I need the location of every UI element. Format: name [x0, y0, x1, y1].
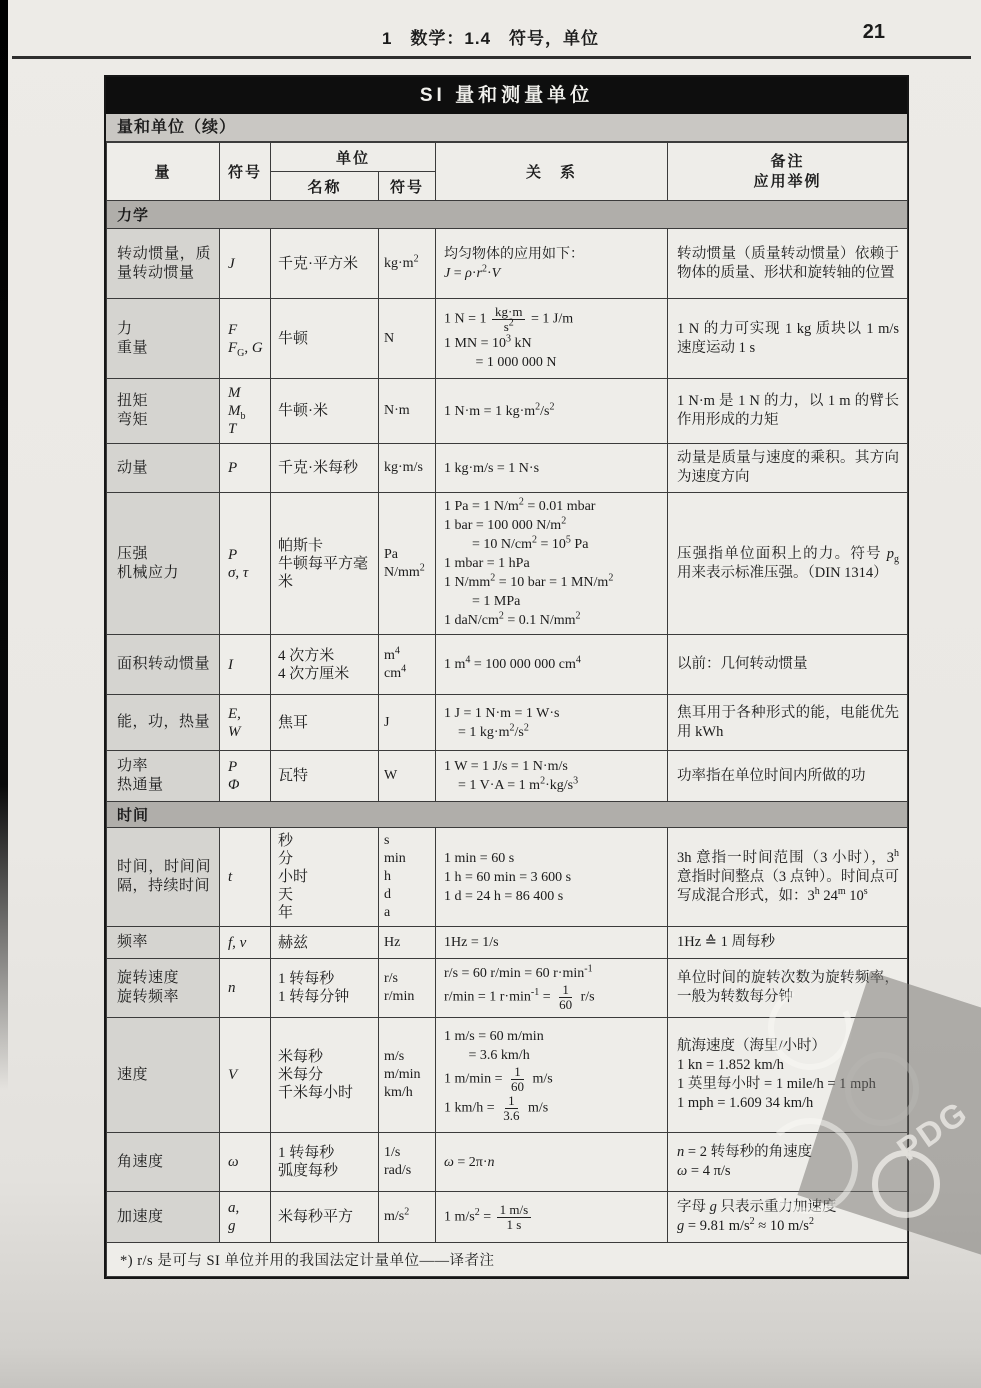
symbol-cell: n [220, 959, 271, 1018]
cell-line: 1/s [384, 1144, 433, 1162]
cell-line: n = 2 转每秒的角速度 [677, 1143, 899, 1162]
cell-line: 牛顿·米 [278, 402, 374, 420]
symbol-cell: a,g [220, 1192, 271, 1243]
cell-line: h [384, 868, 433, 886]
cell-line: 转动惯量，质量转动惯量 [117, 245, 211, 283]
table-row: 角速度ω1 转每秒弧度每秒1/srad/sω = 2π·nn = 2 转每秒的角… [107, 1133, 908, 1192]
col-header-symbol: 符号 [220, 143, 271, 201]
quantity-cell: 加速度 [107, 1192, 220, 1243]
relation-cell: 1Hz = 1/s [436, 927, 668, 959]
note-cell: 功率指在单位时间内所做的功 [668, 751, 908, 802]
symbol-cell: FFG, G [220, 299, 271, 379]
note-cell: 1Hz ≙ 1 周每秒 [668, 927, 908, 959]
cell-line: rad/s [384, 1162, 433, 1180]
table-row: 时间，时间间隔，持续时间t秒分小时天年sminhda1 min = 60 s1 … [107, 828, 908, 927]
cell-line: 字母 g 只表示重力加速度 [677, 1198, 899, 1217]
page-header: 1 数学：1.4 符号，单位 21 [0, 24, 981, 54]
cell-line: 1 N·m = 1 kg·m2/s2 [444, 402, 663, 421]
unit-symbol-cell: kg·m2 [379, 229, 436, 299]
cell-line: m4 [384, 647, 433, 665]
cell-line: 扭矩 [117, 392, 211, 411]
cell-line: = 1 V·A = 1 m2·kg/s3 [444, 776, 663, 795]
unit-symbol-cell: m4cm4 [379, 635, 436, 695]
footnote: *) r/s 是可与 SI 单位并用的我国法定计量单位——译者注 [107, 1243, 908, 1277]
cell-line: 1 N 的力可实现 1 kg 质块以 1 m/s 速度运动 1 s [677, 320, 899, 358]
cell-line: = 1 000 000 N [444, 353, 663, 372]
cell-line: 1 km/h = 13.6 m/s [444, 1094, 663, 1123]
symbol-cell: f, ν [220, 927, 271, 959]
cell-line: 重量 [117, 339, 211, 358]
cell-line: 1Hz = 1/s [444, 933, 663, 952]
cell-line: 1 MN = 103 kN [444, 334, 663, 353]
cell-line: Φ [228, 776, 266, 794]
cell-line: Pa [384, 546, 433, 564]
cell-line: 角速度 [117, 1153, 211, 1172]
cell-line: 秒 [278, 832, 374, 850]
table-title-bar: SI 量和测量单位 [106, 77, 907, 114]
cell-line: FG, G [228, 339, 266, 357]
cell-line: 米每分 [278, 1066, 374, 1084]
cell-line: m/s2 [384, 1208, 433, 1226]
cell-line: 1 kn = 1.852 km/h [677, 1056, 899, 1075]
cell-line: 动量 [117, 459, 211, 478]
unit-name-cell: 米每秒平方 [271, 1192, 379, 1243]
cell-line: = 3.6 km/h [444, 1046, 663, 1065]
cell-line: 速度 [117, 1066, 211, 1085]
unit-name-cell: 1 转每秒1 转每分钟 [271, 959, 379, 1018]
relation-cell: r/s = 60 r/min = 60 r·min-1r/min = 1 r·m… [436, 959, 668, 1018]
col-header-quantity: 量 [107, 143, 220, 201]
cell-line: r/min [384, 988, 433, 1006]
cell-line: 旋转速度 [117, 969, 211, 988]
cell-line: 1 转每秒 [278, 1144, 374, 1162]
cell-line: min [384, 850, 433, 868]
cell-line: 1 kg·m/s = 1 N·s [444, 459, 663, 478]
cell-line: 旋转频率 [117, 988, 211, 1007]
cell-line: P [228, 459, 266, 477]
cell-line: 功率指在单位时间内所做的功 [677, 767, 899, 786]
cell-line: 1 N·m 是 1 N 的力，以 1 m 的臂长作用形成的力矩 [677, 392, 899, 430]
cell-line: ω [228, 1153, 266, 1171]
cell-line: 弯矩 [117, 411, 211, 430]
relation-cell: 1 N·m = 1 kg·m2/s2 [436, 379, 668, 444]
quantity-cell: 压强机械应力 [107, 493, 220, 635]
table-row: 动量P千克·米每秒kg·m/s1 kg·m/s = 1 N·s动量是质量与速度的… [107, 444, 908, 493]
cell-line: 焦耳 [278, 714, 374, 732]
cell-line: 功率 [117, 757, 211, 776]
relation-cell: 均匀物体的应用如下：J = ρ·r2·V [436, 229, 668, 299]
symbol-cell: PΦ [220, 751, 271, 802]
cell-line: 压强指单位面积上的力。符号 pg 用来表示标准压强。（DIN 1314） [677, 545, 899, 583]
quantity-cell: 扭矩弯矩 [107, 379, 220, 444]
relation-cell: 1 W = 1 J/s = 1 N·m/s = 1 V·A = 1 m2·kg/… [436, 751, 668, 802]
col-header-relation: 关 系 [436, 143, 668, 201]
cell-line: 4 次方厘米 [278, 665, 374, 683]
symbol-cell: V [220, 1018, 271, 1133]
unit-name-cell: 千克·平方米 [271, 229, 379, 299]
cell-line: 焦耳用于各种形式的能，电能优先用 kWh [677, 704, 899, 742]
note-cell: 以前：几何转动惯量 [668, 635, 908, 695]
cell-line: ω = 2π·n [444, 1153, 663, 1172]
cell-line: 1 m4 = 100 000 000 cm4 [444, 655, 663, 674]
symbol-cell: Pσ, τ [220, 493, 271, 635]
cell-line: E, [228, 705, 266, 723]
col-header-notes-line2: 应用举例 [669, 172, 906, 192]
cell-line: Mb [228, 402, 266, 420]
unit-symbol-cell: m/sm/minkm/h [379, 1018, 436, 1133]
cell-line: n [228, 979, 266, 997]
note-cell: 航海速度（海里/小时）1 kn = 1.852 km/h1 英里每小时 = 1 … [668, 1018, 908, 1133]
unit-name-cell: 牛顿·米 [271, 379, 379, 444]
cell-line: P [228, 758, 266, 776]
cell-line: a [384, 904, 433, 922]
relation-cell: 1 m/s = 60 m/min = 3.6 km/h1 m/min = 160… [436, 1018, 668, 1133]
relation-cell: 1 Pa = 1 N/m2 = 0.01 mbar1 bar = 100 000… [436, 493, 668, 635]
table-row: 面积转动惯量I4 次方米4 次方厘米m4cm41 m4 = 100 000 00… [107, 635, 908, 695]
cell-line: r/s = 60 r/min = 60 r·min-1 [444, 964, 663, 983]
cell-line: 1Hz ≙ 1 周每秒 [677, 933, 899, 952]
unit-symbol-cell: N·m [379, 379, 436, 444]
cell-line: 千米每小时 [278, 1084, 374, 1102]
cell-line: 千克·米每秒 [278, 459, 374, 477]
unit-symbol-cell: J [379, 695, 436, 751]
section-header: 时间 [107, 802, 908, 828]
cell-line: 牛顿 [278, 330, 374, 348]
cell-line: 1 N/mm2 = 10 bar = 1 MN/m2 [444, 573, 663, 592]
cell-line: m/s [384, 1048, 433, 1066]
section-row: 力学 [107, 201, 908, 229]
unit-name-cell: 1 转每秒弧度每秒 [271, 1133, 379, 1192]
quantity-cell: 时间，时间间隔，持续时间 [107, 828, 220, 927]
table-row: 力重量FFG, G牛顿N1 N = 1 kg·ms2 = 1 J/m1 MN =… [107, 299, 908, 379]
symbol-cell: J [220, 229, 271, 299]
col-header-unit-symbol: 符号 [379, 172, 436, 201]
cell-line: F [228, 321, 266, 339]
cell-line: T [228, 420, 266, 438]
header-rule [12, 56, 971, 59]
unit-name-cell: 赫兹 [271, 927, 379, 959]
cell-line: 均匀物体的应用如下： [444, 245, 663, 264]
cell-line: s [384, 832, 433, 850]
unit-symbol-cell: kg·m/s [379, 444, 436, 493]
cell-line: 1 Pa = 1 N/m2 = 0.01 mbar [444, 497, 663, 516]
cell-line: kg·m2 [384, 255, 433, 273]
cell-line: 1 转每分钟 [278, 988, 374, 1006]
symbol-cell: E,W [220, 695, 271, 751]
note-cell: 1 N·m 是 1 N 的力，以 1 m 的臂长作用形成的力矩 [668, 379, 908, 444]
unit-name-cell: 牛顿 [271, 299, 379, 379]
note-cell: 动量是质量与速度的乘积。其方向为速度方向 [668, 444, 908, 493]
cell-line: cm4 [384, 665, 433, 683]
scan-edge-artifact [0, 0, 8, 1090]
cell-line: d [384, 886, 433, 904]
symbol-cell: t [220, 828, 271, 927]
table-row: 压强机械应力Pσ, τ帕斯卡牛顿每平方毫米PaN/mm21 Pa = 1 N/m… [107, 493, 908, 635]
quantity-cell: 动量 [107, 444, 220, 493]
cell-line: Hz [384, 934, 433, 952]
cell-line: a, [228, 1199, 266, 1217]
quantity-cell: 力重量 [107, 299, 220, 379]
cell-line: 米每秒平方 [278, 1208, 374, 1226]
unit-name-cell: 焦耳 [271, 695, 379, 751]
fraction: 1 m/s1 s [497, 1203, 532, 1232]
unit-symbol-cell: m/s2 [379, 1192, 436, 1243]
fraction: 160 [556, 983, 575, 1012]
unit-name-cell: 千克·米每秒 [271, 444, 379, 493]
quantity-cell: 能，功，热量 [107, 695, 220, 751]
fraction: 13.6 [500, 1094, 522, 1123]
cell-line: N·m [384, 402, 433, 420]
cell-line: 天 [278, 886, 374, 904]
table-row: 速度V米每秒米每分千米每小时m/sm/minkm/h1 m/s = 60 m/m… [107, 1018, 908, 1133]
relation-cell: ω = 2π·n [436, 1133, 668, 1192]
cell-line: 年 [278, 904, 374, 922]
col-header-unit: 单位 [271, 143, 436, 172]
quantity-cell: 频率 [107, 927, 220, 959]
unit-symbol-cell: N [379, 299, 436, 379]
cell-line: 机械应力 [117, 564, 211, 583]
unit-symbol-cell: PaN/mm2 [379, 493, 436, 635]
fraction: 160 [508, 1065, 527, 1094]
note-cell: 3h 意指一时间范围（3 小时），3h 意指时间整点（3 点钟）。时间点可写成混… [668, 828, 908, 927]
cell-line: 面积转动惯量 [117, 655, 211, 674]
unit-symbol-cell: 1/srad/s [379, 1133, 436, 1192]
cell-line: 1 英里每小时 = 1 mile/h = 1 mph [677, 1075, 899, 1094]
cell-line: V [228, 1066, 266, 1084]
cell-line: 能，功，热量 [117, 713, 211, 732]
relation-cell: 1 m4 = 100 000 000 cm4 [436, 635, 668, 695]
relation-cell: 1 N = 1 kg·ms2 = 1 J/m1 MN = 103 kN = 1 … [436, 299, 668, 379]
cell-line: 1 mph = 1.609 34 km/h [677, 1094, 899, 1113]
cell-line: W [384, 767, 433, 785]
cell-line: M [228, 384, 266, 402]
note-cell: 1 N 的力可实现 1 kg 质块以 1 m/s 速度运动 1 s [668, 299, 908, 379]
col-header-unit-name: 名称 [271, 172, 379, 201]
cell-line: 分 [278, 850, 374, 868]
cell-line: g [228, 1217, 266, 1235]
cell-line: 米每秒 [278, 1048, 374, 1066]
cell-line: 4 次方米 [278, 647, 374, 665]
unit-name-cell: 瓦特 [271, 751, 379, 802]
symbol-cell: I [220, 635, 271, 695]
cell-line: t [228, 868, 266, 886]
unit-name-cell: 4 次方米4 次方厘米 [271, 635, 379, 695]
cell-line: 1 h = 60 min = 3 600 s [444, 868, 663, 887]
table-row: 能，功，热量E,W焦耳J1 J = 1 N·m = 1 W·s = 1 kg·m… [107, 695, 908, 751]
cell-line: σ, τ [228, 564, 266, 582]
quantity-cell: 角速度 [107, 1133, 220, 1192]
chapter-heading: 1 数学：1.4 符号，单位 [0, 24, 981, 49]
cell-line: 牛顿每平方毫米 [278, 555, 374, 591]
cell-line: m/min [384, 1066, 433, 1084]
cell-line: 1 N = 1 kg·ms2 = 1 J/m [444, 305, 663, 334]
cell-line: 赫兹 [278, 934, 374, 952]
cell-line: = 1 MPa [444, 592, 663, 611]
cell-line: J [228, 255, 266, 273]
cell-line: 1 mbar = 1 hPa [444, 554, 663, 573]
section-header: 力学 [107, 201, 908, 229]
relation-cell: 1 kg·m/s = 1 N·s [436, 444, 668, 493]
cell-line: 千克·平方米 [278, 255, 374, 273]
col-header-notes-line1: 备注 [669, 152, 906, 172]
cell-line: = 10 N/cm2 = 105 Pa [444, 535, 663, 554]
cell-line: 帕斯卡 [278, 537, 374, 555]
scanned-page: 1 数学：1.4 符号，单位 21 SI 量和测量单位 量和单位（续） 量 符号… [0, 0, 981, 1388]
cell-line: P [228, 546, 266, 564]
cell-line: 以前：几何转动惯量 [677, 655, 899, 674]
section-row: 时间 [107, 802, 908, 828]
cell-line: 小时 [278, 868, 374, 886]
cell-line: km/h [384, 1084, 433, 1102]
note-cell: 焦耳用于各种形式的能，电能优先用 kWh [668, 695, 908, 751]
symbol-cell: ω [220, 1133, 271, 1192]
note-cell: 单位时间的旋转次数为旋转频率，一般为转数每分钟 [668, 959, 908, 1018]
note-cell: 压强指单位面积上的力。符号 pg 用来表示标准压强。（DIN 1314） [668, 493, 908, 635]
cell-line: I [228, 656, 266, 674]
cell-line: 1 min = 60 s [444, 849, 663, 868]
cell-line: 1 m/s = 60 m/min [444, 1027, 663, 1046]
cell-line: 时间，时间间隔，持续时间 [117, 858, 211, 896]
header-row-top: 量 符号 单位 关 系 备注 应用举例 [107, 143, 908, 172]
cell-line: 瓦特 [278, 767, 374, 785]
table-body: 力学转动惯量，质量转动惯量J千克·平方米kg·m2均匀物体的应用如下：J = ρ… [107, 201, 908, 1243]
unit-symbol-cell: sminhda [379, 828, 436, 927]
cell-line: 1 m/s2 = 1 m/s1 s [444, 1203, 663, 1232]
unit-name-cell: 帕斯卡牛顿每平方毫米 [271, 493, 379, 635]
note-cell: n = 2 转每秒的角速度ω = 4 π/s [668, 1133, 908, 1192]
cell-line: 航海速度（海里/小时） [677, 1037, 899, 1056]
col-header-notes: 备注 应用举例 [668, 143, 908, 201]
table-row: 功率热通量PΦ瓦特W1 W = 1 J/s = 1 N·m/s = 1 V·A … [107, 751, 908, 802]
table-row: 扭矩弯矩MMbT牛顿·米N·m1 N·m = 1 kg·m2/s21 N·m 是… [107, 379, 908, 444]
cell-line: 1 daN/cm2 = 0.1 N/mm2 [444, 611, 663, 630]
fraction: kg·ms2 [492, 305, 525, 334]
cell-line: 1 m/min = 160 m/s [444, 1065, 663, 1094]
quantity-cell: 旋转速度旋转频率 [107, 959, 220, 1018]
cell-line: kg·m/s [384, 459, 433, 477]
cell-line: r/s [384, 970, 433, 988]
relation-cell: 1 min = 60 s1 h = 60 min = 3 600 s1 d = … [436, 828, 668, 927]
cell-line: 1 bar = 100 000 N/m2 [444, 516, 663, 535]
unit-symbol-cell: Hz [379, 927, 436, 959]
page-number: 21 [863, 21, 885, 44]
cell-line: 压强 [117, 545, 211, 564]
symbol-cell: P [220, 444, 271, 493]
quantity-cell: 速度 [107, 1018, 220, 1133]
cell-line: 1 J = 1 N·m = 1 W·s [444, 704, 663, 723]
note-cell: 字母 g 只表示重力加速度g = 9.81 m/s2 ≈ 10 m/s2 [668, 1192, 908, 1243]
quantity-cell: 功率热通量 [107, 751, 220, 802]
cell-line: ω = 4 π/s [677, 1162, 899, 1181]
cell-line: 转动惯量（质量转动惯量）依赖于物体的质量、形状和旋转轴的位置 [677, 245, 899, 283]
cell-line: 1 W = 1 J/s = 1 N·m/s [444, 757, 663, 776]
si-units-table: SI 量和测量单位 量和单位（续） 量 符号 单位 关 系 备注 应用举例 [104, 75, 909, 1279]
quantity-cell: 转动惯量，质量转动惯量 [107, 229, 220, 299]
cell-line: g = 9.81 m/s2 ≈ 10 m/s2 [677, 1217, 899, 1236]
symbol-cell: MMbT [220, 379, 271, 444]
cell-line: f, ν [228, 934, 266, 952]
cell-line: r/min = 1 r·min-1 = 160 r/s [444, 983, 663, 1012]
cell-line: 1 转每秒 [278, 970, 374, 988]
cell-line: J = ρ·r2·V [444, 264, 663, 283]
cell-line: 1 d = 24 h = 86 400 s [444, 887, 663, 906]
relation-cell: 1 m/s2 = 1 m/s1 s [436, 1192, 668, 1243]
unit-symbol-cell: W [379, 751, 436, 802]
cell-line: 动量是质量与速度的乘积。其方向为速度方向 [677, 449, 899, 487]
cell-line: 力 [117, 320, 211, 339]
table-subtitle-bar: 量和单位（续） [106, 114, 907, 142]
relation-cell: 1 J = 1 N·m = 1 W·s = 1 kg·m2/s2 [436, 695, 668, 751]
units-grid: 量 符号 单位 关 系 备注 应用举例 名称 符号 力学转动惯量，质量转动惯量J… [106, 142, 908, 1277]
unit-name-cell: 秒分小时天年 [271, 828, 379, 927]
table-footer: *) r/s 是可与 SI 单位并用的我国法定计量单位——译者注 [107, 1243, 908, 1277]
cell-line: = 1 kg·m2/s2 [444, 723, 663, 742]
table-header: 量 符号 单位 关 系 备注 应用举例 名称 符号 [107, 143, 908, 201]
quantity-cell: 面积转动惯量 [107, 635, 220, 695]
cell-line: 3h 意指一时间范围（3 小时），3h 意指时间整点（3 点钟）。时间点可写成混… [677, 849, 899, 906]
cell-line: N/mm2 [384, 564, 433, 582]
cell-line: 弧度每秒 [278, 1162, 374, 1180]
cell-line: W [228, 723, 266, 741]
unit-name-cell: 米每秒米每分千米每小时 [271, 1018, 379, 1133]
cell-line: 加速度 [117, 1208, 211, 1227]
cell-line: 热通量 [117, 776, 211, 795]
footnote-row: *) r/s 是可与 SI 单位并用的我国法定计量单位——译者注 [107, 1243, 908, 1277]
unit-symbol-cell: r/sr/min [379, 959, 436, 1018]
table-row: 转动惯量，质量转动惯量J千克·平方米kg·m2均匀物体的应用如下：J = ρ·r… [107, 229, 908, 299]
cell-line: 单位时间的旋转次数为旋转频率，一般为转数每分钟 [677, 969, 899, 1007]
cell-line: N [384, 330, 433, 348]
table-row: 旋转速度旋转频率n1 转每秒1 转每分钟r/sr/minr/s = 60 r/m… [107, 959, 908, 1018]
table-row: 加速度a,g米每秒平方m/s21 m/s2 = 1 m/s1 s字母 g 只表示… [107, 1192, 908, 1243]
cell-line: J [384, 714, 433, 732]
table-row: 频率f, ν赫兹Hz1Hz = 1/s1Hz ≙ 1 周每秒 [107, 927, 908, 959]
note-cell: 转动惯量（质量转动惯量）依赖于物体的质量、形状和旋转轴的位置 [668, 229, 908, 299]
cell-line: 频率 [117, 933, 211, 952]
